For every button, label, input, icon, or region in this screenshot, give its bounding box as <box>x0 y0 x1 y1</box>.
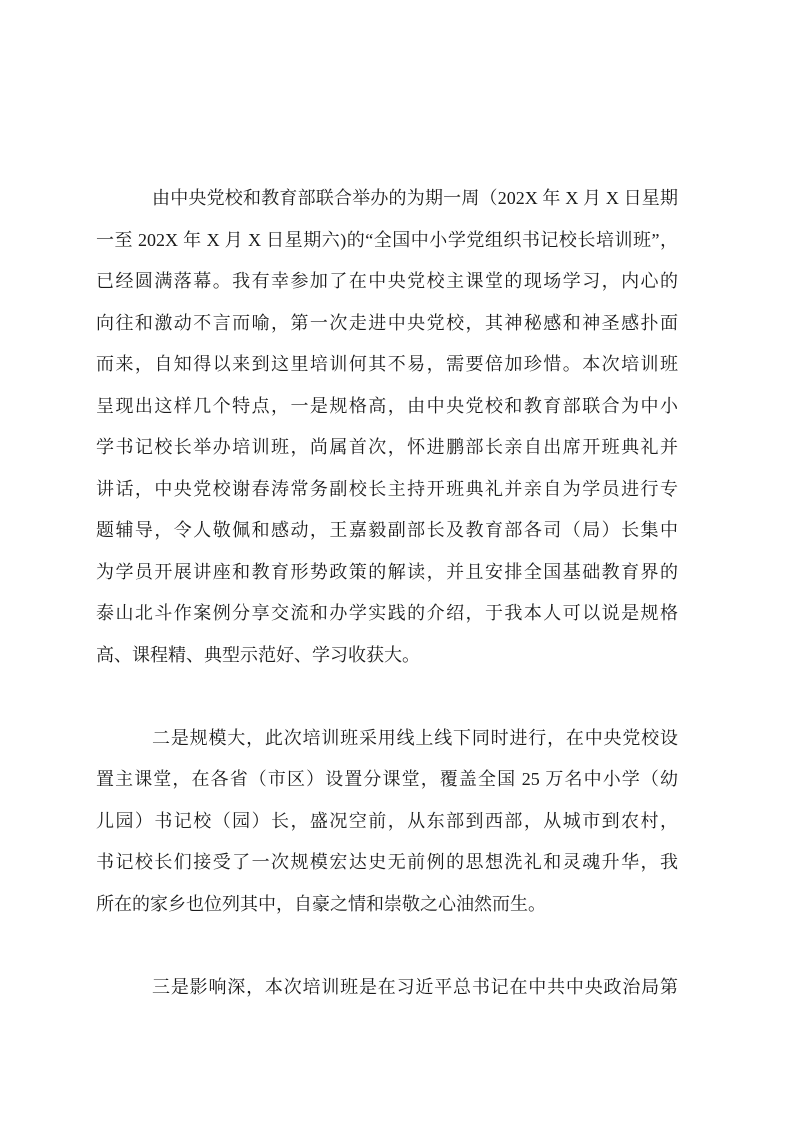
text-line: 置主课堂，在各省（市区）设置分课堂，覆盖全国 25 万名中小学（幼 <box>96 759 678 801</box>
text-line: 题辅导，令人敬佩和感动，王嘉毅副部长及教育部各司（局）长集中 <box>96 510 678 552</box>
text-line: 由中央党校和教育部联合举办的为期一周（202X 年 X 月 X 日星期 <box>96 178 678 220</box>
text-line: 呈现出这样几个特点，一是规格高，由中央党校和教育部联合为中小 <box>96 386 678 428</box>
text-line: 已经圆满落幕。我有幸参加了在中央党校主课堂的现场学习，内心的 <box>96 261 678 303</box>
text-line: 学书记校长举办培训班，尚属首次，怀进鹏部长亲自出席开班典礼并 <box>96 427 678 469</box>
paragraph-3: 三是影响深，本次培训班是在习近平总书记在中共中央政治局第 <box>96 967 678 1009</box>
text-line: 而来，自知得以来到这里培训何其不易，需要倍加珍惜。本次培训班 <box>96 344 678 386</box>
paragraph-2: 二是规模大，此次培训班采用线上线下同时进行，在中央党校设 置主课堂，在各省（市区… <box>96 718 678 926</box>
document-page: 由中央党校和教育部联合举办的为期一周（202X 年 X 月 X 日星期 一至 2… <box>0 0 793 1122</box>
text-line: 讲话，中央党校谢春涛常务副校长主持开班典礼并亲自为学员进行专 <box>96 469 678 511</box>
text-line: 高、课程精、典型示范好、学习收获大。 <box>96 635 678 677</box>
text-line: 书记校长们接受了一次规模宏达史无前例的思想洗礼和灵魂升华，我 <box>96 842 678 884</box>
document-body: 由中央党校和教育部联合举办的为期一周（202X 年 X 月 X 日星期 一至 2… <box>96 178 678 1008</box>
text-line: 所在的家乡也位列其中，自豪之情和崇敬之心油然而生。 <box>96 884 678 926</box>
text-line: 三是影响深，本次培训班是在习近平总书记在中共中央政治局第 <box>96 967 678 1009</box>
paragraph-1: 由中央党校和教育部联合举办的为期一周（202X 年 X 月 X 日星期 一至 2… <box>96 178 678 676</box>
text-line: 泰山北斗作案例分享交流和办学实践的介绍，于我本人可以说是规格 <box>96 593 678 635</box>
text-line: 二是规模大，此次培训班采用线上线下同时进行，在中央党校设 <box>96 718 678 760</box>
text-line: 为学员开展讲座和教育形势政策的解读，并且安排全国基础教育界的 <box>96 552 678 594</box>
text-line: 一至 202X 年 X 月 X 日星期六)的“全国中小学党组织书记校长培训班”， <box>96 220 678 262</box>
text-line: 儿园）书记校（园）长，盛况空前，从东部到西部，从城市到农村， <box>96 801 678 843</box>
text-line: 向往和激动不言而喻，第一次走进中央党校，其神秘感和神圣感扑面 <box>96 303 678 345</box>
